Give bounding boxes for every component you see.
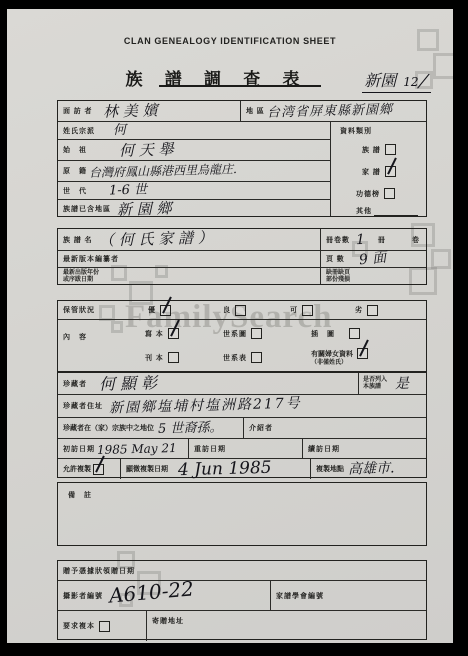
original-home-label: 原 籍 <box>58 166 87 176</box>
data-category-label: 資料類別 <box>335 126 372 136</box>
holder-address-label: 珍藏者住址 <box>58 401 103 411</box>
missing-volumes-label: 缺冊缺頁 <box>326 270 350 277</box>
checkbox-condition-excellent <box>160 305 171 316</box>
watermark-square <box>431 249 451 269</box>
first-visit-label: 初訪日期 <box>58 444 95 454</box>
genealogy-title-value: （ 何 氏 家 譜 ） <box>98 231 212 249</box>
first-ancestor-value: 何 天 舉 <box>119 142 174 158</box>
preface-date-label: 或序跋日期 <box>63 277 99 284</box>
checkbox-family-genealogy <box>385 166 396 177</box>
form-paper: FamilySearch CLAN GENEALOGY IDENTIFICATI… <box>7 9 453 643</box>
checkbox-lineage-table <box>251 352 262 363</box>
interviewee-value: 林 美 嬪 <box>102 103 157 119</box>
compiler-label: 最新版本編纂者 <box>58 254 119 264</box>
option-other: 其他 <box>351 206 418 216</box>
revisit-label: 重訪日期 <box>189 444 226 454</box>
volumes-label: 冊卷數 <box>321 235 350 245</box>
checkbox-merit-board <box>384 188 395 199</box>
option-printed: 刊 本 <box>140 352 179 363</box>
section-notes: 備 註 <box>57 482 427 546</box>
option-lineage-chart: 世系圖 <box>218 328 262 339</box>
copy-permission-label: 允許複製 <box>58 464 91 474</box>
society-no-label: 家譜學會編號 <box>271 591 324 601</box>
checkbox-lineage-chart <box>251 328 262 339</box>
generations-value: 1-6 世 <box>109 184 147 198</box>
checkbox-clan-genealogy <box>385 144 396 155</box>
donation-cert-date-label: 贈予憑據狀領贈日期 <box>58 566 135 576</box>
watermark-square <box>433 53 453 79</box>
surname-clan-value: 何 <box>113 124 126 137</box>
covered-area-value: 新 園 鄉 <box>117 201 172 217</box>
checkbox-condition-fair <box>302 305 313 316</box>
section-holder: 珍藏者 何 顯 彰 是否列入 本族譜 是 珍藏者住址 新園鄉塩埔村塩洲路217号… <box>57 372 427 478</box>
option-manuscript: 寫 本 <box>140 328 179 339</box>
section-condition: 保管狀況 優 良 可 劣 內 容 寫 本 <box>57 300 427 372</box>
option-condition-excellent: 優 <box>143 305 171 316</box>
checkbox-condition-good <box>235 305 246 316</box>
holder-position-value: 5 世裔孫。 <box>158 421 223 436</box>
copy-place-value: 高雄市. <box>348 461 395 476</box>
pages-value: 9 面 <box>358 251 387 268</box>
checkbox-copy-permission <box>93 464 104 475</box>
notes-label: 備 註 <box>63 490 92 500</box>
holder-label: 珍藏者 <box>58 379 87 389</box>
pub-year-label: 最新出版年份 <box>63 270 99 277</box>
annotation-number: 12 <box>403 75 418 89</box>
photographer-no-value: A610-22 <box>108 578 194 605</box>
generations-label: 世 代 <box>58 186 87 196</box>
section-admin: 贈予憑據狀領贈日期 攝影者編號 A610-22 家譜學會編號 要求複本 寄贈地址 <box>57 560 427 640</box>
annotation-place: 新園 <box>364 71 396 90</box>
option-condition-poor: 劣 <box>350 305 378 316</box>
surname-clan-label: 姓氏宗派 <box>58 126 95 136</box>
checkbox-printed <box>168 352 179 363</box>
checkbox-manuscript <box>168 328 179 339</box>
option-genealogy-family: 家 譜 <box>357 166 396 177</box>
holder-value: 何 顯 彰 <box>99 375 158 393</box>
handwritten-annotation: 新園 12╱ <box>362 73 431 93</box>
copy-place-label: 複製地點 <box>311 464 344 474</box>
option-merit-board: 功德榜 <box>351 188 395 199</box>
checkbox-request-copy <box>99 621 110 632</box>
condition-label: 保管狀況 <box>58 305 95 315</box>
original-home-value: 台灣府鳳山縣港西里烏龍庄. <box>89 163 237 179</box>
other-fill-line <box>374 207 418 216</box>
option-genealogy-clan: 族 譜 <box>357 144 396 155</box>
annotation-slash: ╱ <box>417 74 428 89</box>
pages-label: 頁 數 <box>321 254 345 264</box>
option-illustrations: 插 圖 <box>306 328 360 339</box>
option-lineage-table: 世系表 <box>218 352 262 363</box>
genealogy-title-label: 族 譜 名 <box>58 235 93 245</box>
interviewee-label: 面 訪 者 <box>58 106 93 116</box>
section-volume: 族 譜 名 （ 何 氏 家 譜 ） 最新版本編纂者 最新出版年份 或序跋日期 冊… <box>57 228 427 285</box>
volumes-unit2: 卷 <box>407 235 426 245</box>
checkbox-women-info <box>357 348 368 359</box>
section-interviewee: 面 訪 者 林 美 嬪 地 區 台湾省屏東縣新園鄉 姓氏宗派 何 始 祖 何 天… <box>57 100 427 217</box>
listed-label-line1: 是否列入 <box>363 377 387 384</box>
photographer-no-label: 攝影者編號 <box>58 591 103 601</box>
first-visit-value: 1985 May 21 <box>97 441 177 455</box>
region-value: 台湾省屏東縣新園鄉 <box>267 103 393 119</box>
partial-damage-label: 部份殘損 <box>326 277 350 284</box>
request-copy-label: 要求複本 <box>58 621 95 631</box>
microfilm-date-label: 顯微複製日期 <box>121 464 168 474</box>
follow-visit-label: 續訪日期 <box>303 444 340 454</box>
volumes-value: 1 <box>356 232 365 246</box>
title-underline <box>159 85 321 87</box>
listed-label-line2: 本族譜 <box>363 384 387 391</box>
introducer-label: 介紹者 <box>244 423 273 433</box>
first-ancestor-label: 始 祖 <box>58 145 87 155</box>
option-condition-fair: 可 <box>285 305 313 316</box>
content-label: 內 容 <box>58 332 87 342</box>
scanned-document: FamilySearch CLAN GENEALOGY IDENTIFICATI… <box>0 0 468 656</box>
donation-address-label: 寄贈地址 <box>147 616 184 626</box>
listed-value: 是 <box>395 376 409 390</box>
checkbox-condition-poor <box>367 305 378 316</box>
holder-address-value: 新園鄉塩埔村塩洲路217号 <box>109 396 302 415</box>
english-title: CLAN GENEALOGY IDENTIFICATION SHEET <box>7 36 453 46</box>
option-women-info: 有關婦女資料 （非僅姓氏） <box>306 348 368 367</box>
region-label: 地 區 <box>241 106 265 116</box>
option-condition-good: 良 <box>218 305 246 316</box>
checkbox-illustrations <box>349 328 360 339</box>
covered-area-label: 族譜已含地區 <box>58 204 111 214</box>
volumes-unit1: 冊 <box>373 235 386 245</box>
holder-position-label: 珍藏者在（家）宗族中之地位 <box>58 423 154 433</box>
women-info-note: （非僅姓氏） <box>306 360 368 367</box>
microfilm-date-value: 4 Jun 1985 <box>178 459 272 478</box>
